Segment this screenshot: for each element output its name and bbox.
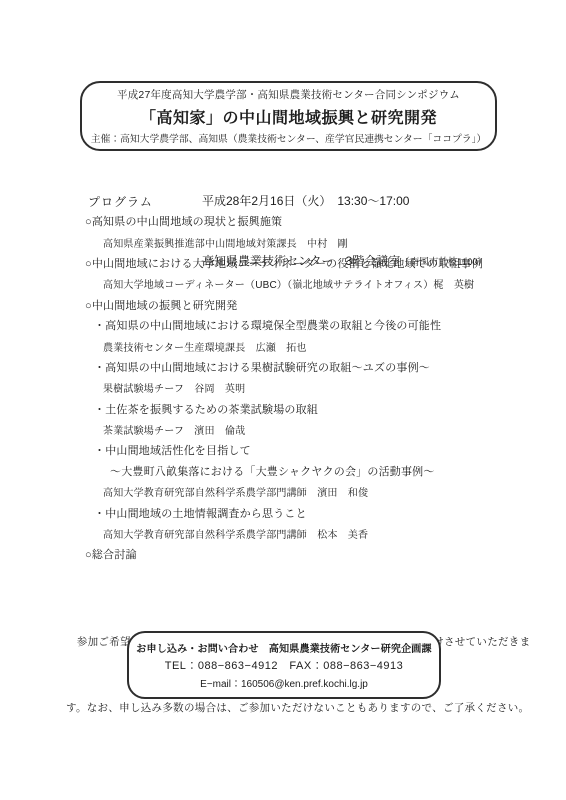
program-subitem-title: ・土佐茶を振興するための茶業試験場の取組 xyxy=(0,398,566,419)
program-item-title: ○高知県の中山間地域の現状と振興施策 xyxy=(0,211,566,232)
program-item-title: ○中山間地域における大学地域コーディネーターの役割と嶺北地域での取組事例 xyxy=(0,253,566,274)
program-subitem-title: ・中山間地域活性化を目指して xyxy=(0,440,566,461)
program-subitem-note: ～大豊町八畝集落における「大豊シャクヤクの会」の活動事例～ xyxy=(0,461,566,482)
program-list: ○高知県の中山間地域の現状と振興施策 高知県産業振興推進部中山間地域対策課長 中… xyxy=(0,211,566,565)
organizer-line: 主催：高知大学農学部、高知県（農業技術センター、産学官民連携センター「ココプラ」… xyxy=(91,131,487,145)
contact-box: お申し込み・お問い合わせ 高知県農業技術センター研究企画課 TEL：088−86… xyxy=(127,631,441,699)
event-datetime: 平成28年2月16日（火） 13:30～17:00 xyxy=(202,191,487,211)
title-box: 平成27年度高知大学農学部・高知県農業技術センター合同シンポジウム 「高知家」の… xyxy=(80,81,497,151)
program-item-title: ○総合討論 xyxy=(0,544,566,565)
program-subitem-title: ・中山間地域の土地情報調査から思うこと xyxy=(0,502,566,523)
program-item-speaker: 高知県産業振興推進部中山間地域対策課長 中村 剛 xyxy=(0,232,566,253)
symposium-flyer-page: 平成27年度高知大学農学部・高知県農業技術センター合同シンポジウム 「高知家」の… xyxy=(0,0,566,800)
contact-tel-fax: TEL：088−863−4912 FAX：088−863−4913 xyxy=(165,657,404,673)
notice-line: す。なお、申し込み多数の場合は、ご参加いただけないこともありますので、ご了承くだ… xyxy=(66,697,530,719)
program-subitem-title: ・高知県の中山間地域における果樹試験研究の取組～ユズの事例～ xyxy=(0,357,566,378)
program-item-speaker: 茶業試験場チーフ 濱田 倫哉 xyxy=(0,419,566,440)
program-subitem-title: ・高知県の中山間地域における環境保全型農業の取組と今後の可能性 xyxy=(0,315,566,336)
contact-heading: お申し込み・お問い合わせ 高知県農業技術センター研究企画課 xyxy=(136,640,431,655)
symposium-supertitle: 平成27年度高知大学農学部・高知県農業技術センター合同シンポジウム xyxy=(117,87,460,102)
program-heading: プログラム xyxy=(88,193,153,210)
program-item-speaker: 高知大学教育研究部自然科学系農学部門講師 濱田 和俊 xyxy=(0,481,566,502)
symposium-title: 「高知家」の中山間地域振興と研究開発 xyxy=(140,105,437,128)
program-item-title: ○中山間地域の振興と研究開発 xyxy=(0,294,566,315)
contact-email: E−mail：160506@ken.pref.kochi.lg.jp xyxy=(200,675,368,690)
program-item-speaker: 高知大学教育研究部自然科学系農学部門講師 松本 美香 xyxy=(0,523,566,544)
program-item-speaker: 農業技術センター生産環境課長 広瀬 拓也 xyxy=(0,336,566,357)
program-item-speaker: 高知大学地域コーディネーター（UBC）（嶺北地域サテライトオフィス）梶 英樹 xyxy=(0,273,566,294)
program-item-speaker: 果樹試験場チーフ 谷岡 英明 xyxy=(0,377,566,398)
